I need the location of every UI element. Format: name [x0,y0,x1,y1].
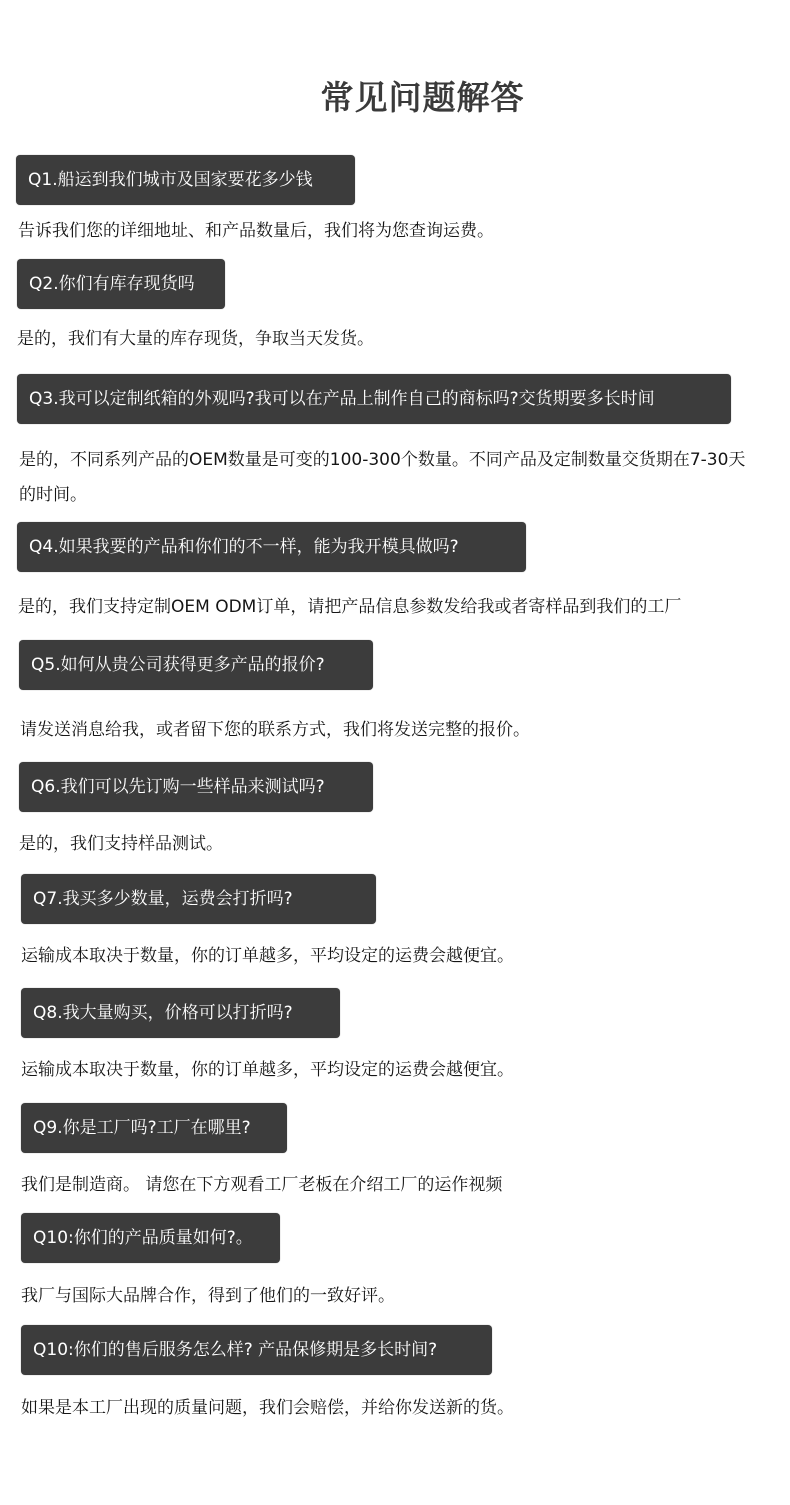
page-title: 常见问题解答 [0,76,790,120]
faq-question-9: Q9.你是工厂吗?工厂在哪里? [21,1103,287,1153]
faq-question-6: Q6.我们可以先订购一些样品来测试吗? [19,762,373,812]
faq-question-4: Q4.如果我要的产品和你们的不一样，能为我开模具做吗? [17,522,526,572]
faq-question-10b: Q10:你们的售后服务怎么样? 产品保修期是多长时间? [21,1325,492,1375]
faq-answer-3: 是的，不同系列产品的OEM数量是可变的100-300个数量。不同产品及定制数量交… [19,443,749,513]
faq-answer-7: 运输成本取决于数量，你的订单越多，平均设定的运费会越便宜。 [21,939,514,973]
faq-question-5: Q5.如何从贵公司获得更多产品的报价? [19,640,373,690]
faq-question-1: Q1.船运到我们城市及国家要花多少钱 [16,155,355,205]
faq-question-2: Q2.你们有库存现货吗 [17,259,225,309]
faq-answer-5: 请发送消息给我，或者留下您的联系方式，我们将发送完整的报价。 [20,713,530,747]
faq-question-3: Q3.我可以定制纸箱的外观吗?我可以在产品上制作自己的商标吗?交货期要多长时间 [17,374,731,424]
faq-answer-2: 是的，我们有大量的库存现货，争取当天发货。 [17,322,374,356]
faq-question-10a: Q10:你们的产品质量如何?。 [21,1213,280,1263]
faq-question-7: Q7.我买多少数量，运费会打折吗? [21,874,376,924]
faq-answer-6: 是的，我们支持样品测试。 [19,827,223,861]
faq-answer-10b: 如果是本工厂出现的质量问题，我们会赔偿，并给你发送新的货。 [21,1391,514,1425]
faq-answer-1: 告诉我们您的详细地址、和产品数量后，我们将为您查询运费。 [18,214,494,248]
faq-answer-10a: 我厂与国际大品牌合作，得到了他们的一致好评。 [21,1279,395,1313]
faq-answer-8: 运输成本取决于数量，你的订单越多，平均设定的运费会越便宜。 [21,1053,514,1087]
faq-answer-4: 是的，我们支持定制OEM ODM订单，请把产品信息参数发给我或者寄样品到我们的工… [18,590,681,624]
faq-question-8: Q8.我大量购买，价格可以打折吗? [21,988,340,1038]
faq-answer-9: 我们是制造商。 请您在下方观看工厂老板在介绍工厂的运作视频 [21,1168,502,1202]
